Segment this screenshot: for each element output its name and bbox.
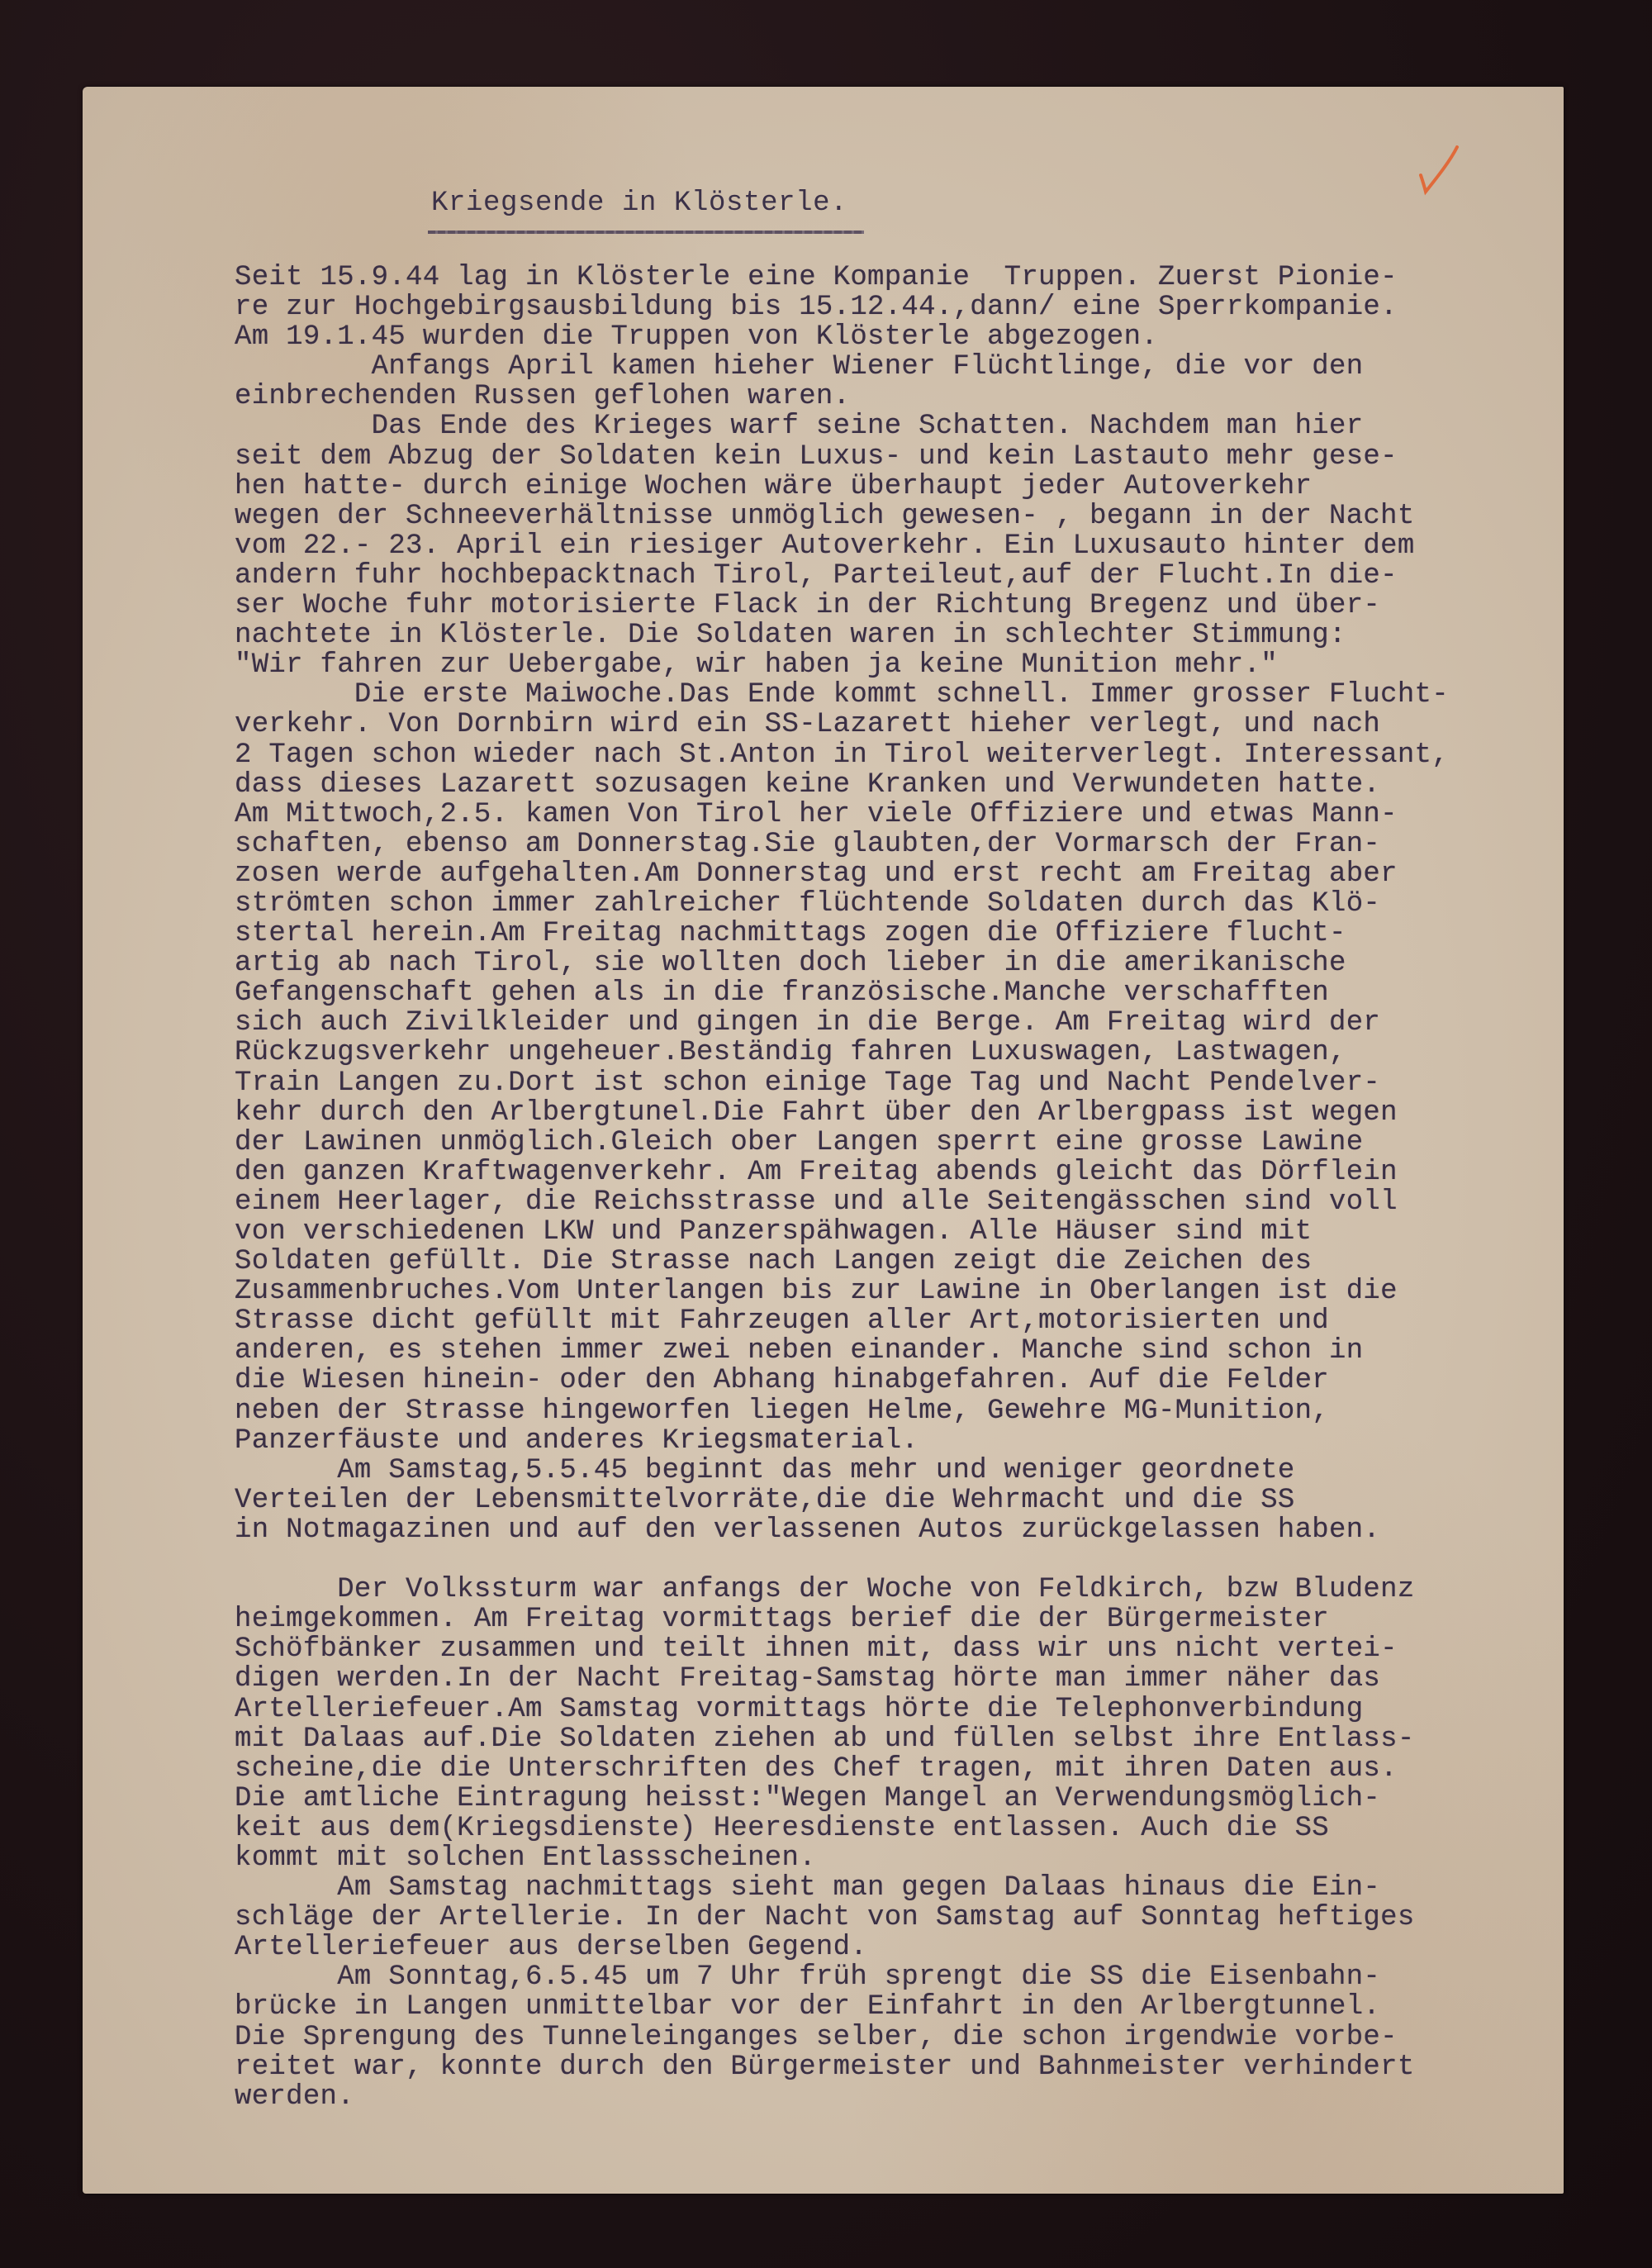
text-line: hen hatte- durch einige Wochen wäre über… [235,472,1556,502]
text-line: reitet war, konnte durch den Bürgermeist… [235,2052,1556,2082]
text-line: keit aus dem(Kriegsdienste) Heeresdienst… [235,1814,1556,1843]
text-line: von verschiedenen LKW und Panzerspähwage… [235,1217,1556,1247]
text-line: 2 Tagen schon wieder nach St.Anton in Ti… [235,740,1556,770]
text-line: vom 22.- 23. April ein riesiger Autoverk… [235,531,1556,561]
text-line: seit dem Abzug der Soldaten kein Luxus- … [235,442,1556,472]
text-line [235,1545,1556,1575]
red-checkmark-icon [1414,142,1464,200]
text-line: artig ab nach Tirol, sie wollten doch li… [235,949,1556,978]
text-line: schläge der Artellerie. In der Nacht von… [235,1903,1556,1933]
title-underline [428,231,864,234]
text-line: einem Heerlager, die Reichsstrasse und a… [235,1187,1556,1217]
text-line: ser Woche fuhr motorisierte Flack in der… [235,591,1556,620]
text-line: Die Sprengung des Tunneleinganges selber… [235,2023,1556,2052]
text-line: schaften, ebenso am Donnerstag.Sie glaub… [235,830,1556,859]
text-line: nachtete in Klösterle. Die Soldaten ware… [235,620,1556,650]
text-line: Schöfbänker zusammen und teilt ihnen mit… [235,1634,1556,1664]
text-line: Am Samstag,5.5.45 beginnt das mehr und w… [235,1456,1556,1486]
text-line: Strasse dicht gefüllt mit Fahrzeugen all… [235,1306,1556,1336]
text-line: Am Sonntag,6.5.45 um 7 Uhr früh sprengt … [235,1962,1556,1992]
text-line: den ganzen Kraftwagenverkehr. Am Freitag… [235,1158,1556,1187]
text-line: Das Ende des Krieges warf seine Schatten… [235,411,1556,441]
text-line: zosen werde aufgehalten.Am Donnerstag un… [235,859,1556,889]
text-line: Die amtliche Eintragung heisst:"Wegen Ma… [235,1784,1556,1814]
text-line: Der Volkssturm war anfangs der Woche von… [235,1575,1556,1605]
text-line: Anfangs April kamen hieher Wiener Flücht… [235,352,1556,382]
text-line: in Notmagazinen und auf den verlassenen … [235,1515,1556,1545]
text-line: der Lawinen unmöglich.Gleich ober Langen… [235,1128,1556,1158]
text-line: neben der Strasse hingeworfen liegen Hel… [235,1396,1556,1426]
text-line: dass dieses Lazarett sozusagen keine Kra… [235,770,1556,800]
text-line: Gefangenschaft gehen als in die französi… [235,978,1556,1008]
document-body: Seit 15.9.44 lag in Klösterle eine Kompa… [235,263,1556,2112]
text-line: einbrechenden Russen geflohen waren. [235,382,1556,411]
text-line: Am 19.1.45 wurden die Truppen von Klöste… [235,322,1556,352]
text-line: Am Samstag nachmittags sieht man gegen D… [235,1873,1556,1903]
text-line: Am Mittwoch,2.5. kamen Von Tirol her vie… [235,800,1556,830]
text-line: strömten schon immer zahlreicher flüchte… [235,889,1556,919]
text-line: Panzerfäuste und anderes Kriegsmaterial. [235,1426,1556,1456]
text-line: andern fuhr hochbepacktnach Tirol, Parte… [235,561,1556,591]
text-line: sich auch Zivilkleider und gingen in die… [235,1008,1556,1038]
text-line: Artelleriefeuer.Am Samstag vormittags hö… [235,1695,1556,1724]
text-line: Die erste Maiwoche.Das Ende kommt schnel… [235,680,1556,710]
text-line: scheine,die die Unterschriften des Chef … [235,1754,1556,1784]
text-line: Artelleriefeuer aus derselben Gegend. [235,1933,1556,1962]
text-line: Rückzugsverkehr ungeheuer.Beständig fahr… [235,1038,1556,1067]
text-line: werden. [235,2082,1556,2112]
text-line: Verteilen der Lebensmittelvorräte,die di… [235,1486,1556,1515]
text-line: anderen, es stehen immer zwei neben eina… [235,1336,1556,1366]
text-line: kehr durch den Arlbergtunel.Die Fahrt üb… [235,1098,1556,1128]
text-line: verkehr. Von Dornbirn wird ein SS-Lazare… [235,710,1556,739]
text-line: die Wiesen hinein- oder den Abhang hinab… [235,1366,1556,1396]
text-line: heimgekommen. Am Freitag vormittags beri… [235,1605,1556,1634]
text-line: Soldaten gefüllt. Die Strasse nach Lange… [235,1247,1556,1277]
text-line: brücke in Langen unmittelbar vor der Ein… [235,1992,1556,2022]
text-line: wegen der Schneeverhältnisse unmöglich g… [235,502,1556,531]
text-line: Zusammenbruches.Vom Unterlangen bis zur … [235,1277,1556,1306]
document-title: Kriegsende in Klösterle. [431,187,847,220]
text-line: Seit 15.9.44 lag in Klösterle eine Kompa… [235,263,1556,292]
text-line: digen werden.In der Nacht Freitag-Samsta… [235,1664,1556,1694]
text-line: Train Langen zu.Dort ist schon einige Ta… [235,1068,1556,1098]
text-line: "Wir fahren zur Uebergabe, wir haben ja … [235,650,1556,680]
text-line: stertal herein.Am Freitag nachmittags zo… [235,919,1556,949]
text-line: re zur Hochgebirgsausbildung bis 15.12.4… [235,292,1556,322]
text-line: mit Dalaas auf.Die Soldaten ziehen ab un… [235,1724,1556,1754]
text-line: kommt mit solchen Entlassscheinen. [235,1843,1556,1873]
